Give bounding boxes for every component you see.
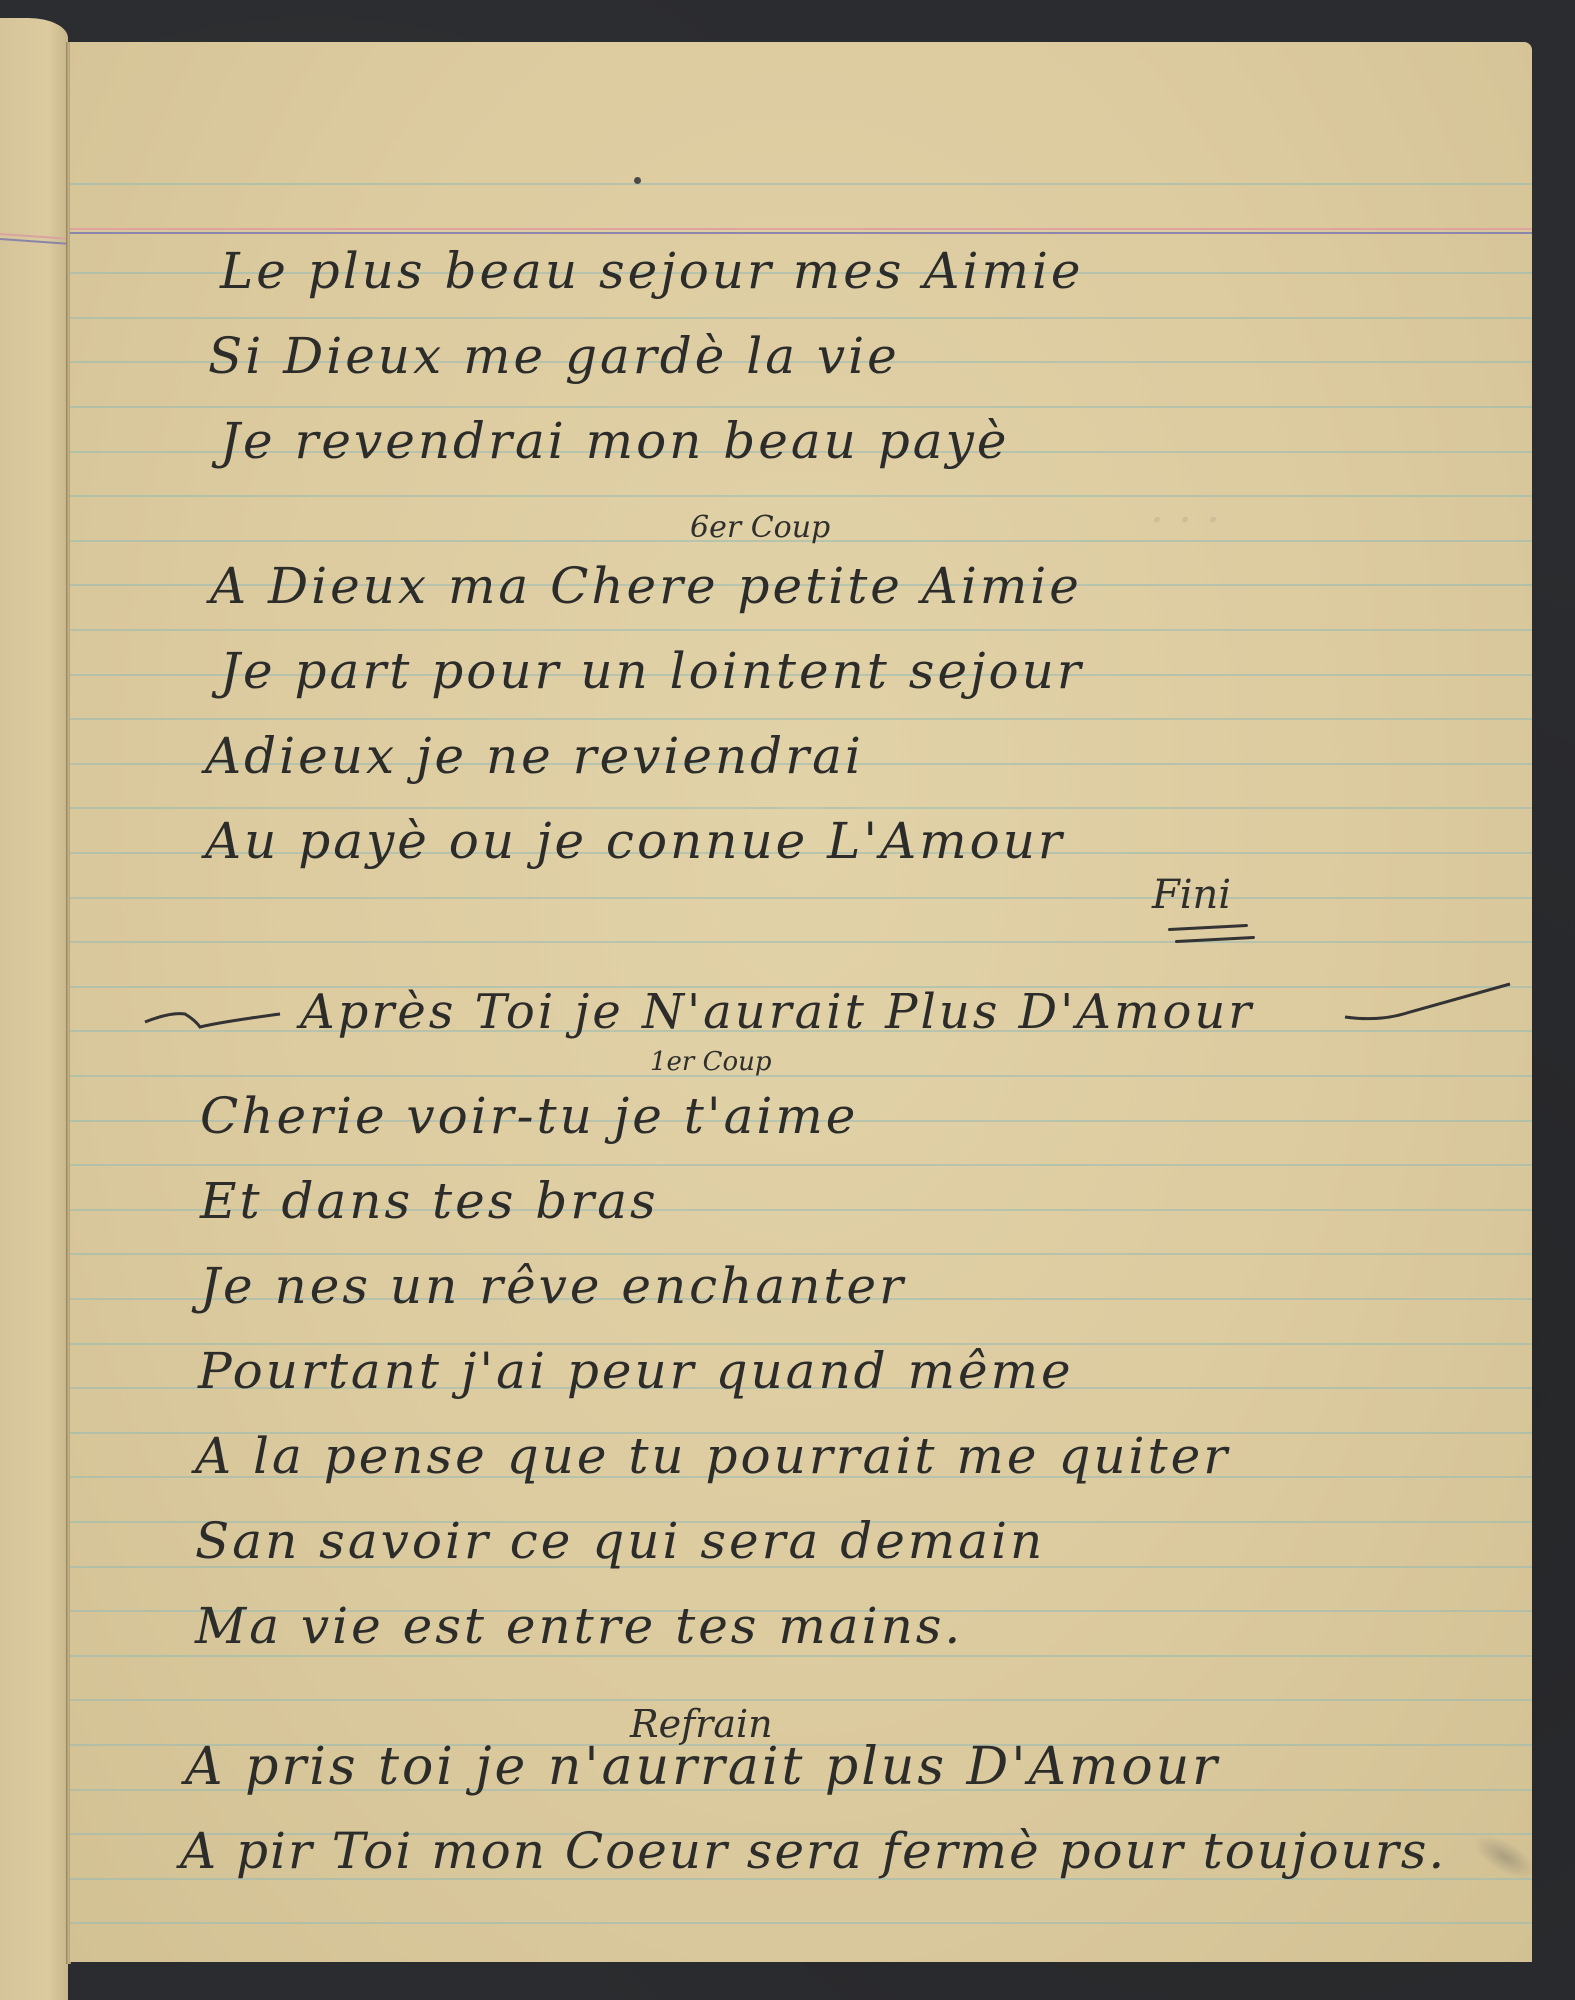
ruled-line xyxy=(70,897,1532,899)
ruled-line xyxy=(70,941,1532,943)
ruled-line xyxy=(70,1922,1532,1924)
fini-end-mark: Fini xyxy=(1152,872,1231,918)
ruled-line xyxy=(70,1164,1532,1166)
fini-underline-1 xyxy=(1168,924,1248,931)
lyric-line: San savoir ce qui sera demain xyxy=(195,1512,1045,1570)
ruled-line xyxy=(70,807,1532,809)
song-title: Après Toi je N'aurait Plus D'Amour xyxy=(300,984,1254,1040)
ruled-line xyxy=(70,629,1532,631)
ruled-line xyxy=(70,183,1532,185)
ruled-line xyxy=(70,1699,1532,1701)
lyric-line: Ma vie est entre tes mains. xyxy=(195,1597,963,1655)
ruled-line xyxy=(70,317,1532,319)
lyric-line: Je revendrai mon beau payè xyxy=(220,412,1009,470)
lyric-line: Adieux je ne reviendrai xyxy=(205,727,864,785)
title-flourish-left xyxy=(140,1002,290,1042)
top-margin-red-line xyxy=(70,228,1532,230)
ink-dot xyxy=(634,177,641,184)
lyric-line: Je nes un rêve enchanter xyxy=(200,1257,906,1315)
facing-page-edge xyxy=(0,18,68,2000)
ruled-line xyxy=(70,495,1532,497)
lyric-line: Pourtant j'ai peur quand même xyxy=(198,1342,1074,1400)
lyric-line: Cherie voir-tu je t'aime xyxy=(200,1087,858,1145)
lyric-line: Si Dieux me gardè la vie xyxy=(208,327,900,385)
ruled-line xyxy=(70,718,1532,720)
top-margin-purple-line xyxy=(70,232,1532,234)
notebook-page: . . . Le plus beau sejour mes Aimie Si D… xyxy=(70,42,1532,1962)
refrain-line: A pris toi je n'aurrait plus D'Amour xyxy=(185,1737,1220,1797)
lyric-line: A la pense que tu pourrait me quiter xyxy=(195,1427,1230,1485)
lyric-line: Et dans tes bras xyxy=(200,1172,659,1230)
ruled-line xyxy=(70,1655,1532,1657)
lyric-line: Au payè ou je connue L'Amour xyxy=(205,812,1065,870)
ruled-line xyxy=(70,1253,1532,1255)
lyric-line: A Dieux ma Chere petite Aimie xyxy=(210,557,1082,615)
refrain-line: A pir Toi mon Coeur sera fermè pour touj… xyxy=(180,1822,1446,1880)
annotation-6er-coup: 6er Coup xyxy=(690,510,830,545)
lyric-line: Je part pour un lointent sejour xyxy=(220,642,1084,700)
annotation-1er-coup: 1er Coup xyxy=(650,1047,772,1077)
ruled-line xyxy=(70,406,1532,408)
lyric-line: Le plus beau sejour mes Aimie xyxy=(220,242,1083,300)
title-flourish-right xyxy=(1340,982,1520,1032)
bleed-through-text: . . . xyxy=(1150,482,1220,533)
ruled-line xyxy=(70,1075,1532,1077)
